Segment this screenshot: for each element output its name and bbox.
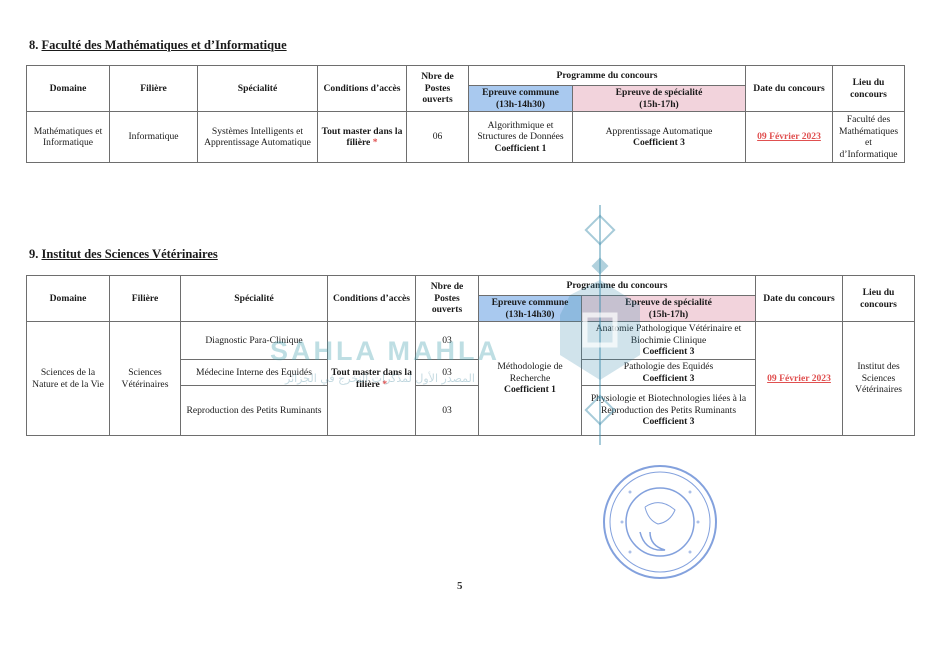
- epreuve-commune-subject: Algorithmique et Structures de Données: [471, 120, 570, 143]
- cell-lieu: Faculté des Mathématiques et d’Informati…: [833, 112, 905, 163]
- cell-epreuve-commune: Algorithmique et Structures de Données C…: [469, 112, 573, 163]
- section-number: 9.: [29, 247, 38, 261]
- header-conditions: Conditions d’accès: [328, 276, 416, 322]
- section-heading: Faculté des Mathématiques et d’Informati…: [42, 38, 287, 52]
- cell-date: 09 Février 2023: [756, 322, 843, 436]
- header-postes: Nbre de Postes ouverts: [407, 66, 469, 112]
- watermark-logo-icon: [540, 205, 660, 445]
- coefficient: Coefficient 3: [575, 137, 743, 149]
- conditions-text: Tout master dans la filière: [322, 126, 403, 149]
- section-heading: Institut des Sciences Vétérinaires: [42, 247, 218, 261]
- date-text: 09 Février 2023: [757, 131, 821, 142]
- table-faculte-maths-info: Domaine Filière Spécialité Conditions d’…: [26, 65, 905, 163]
- header-filiere: Filière: [110, 66, 198, 112]
- section-9-title: 9. Institut des Sciences Vétérinaires: [29, 247, 218, 262]
- cell-postes: 06: [407, 112, 469, 163]
- section-number: 8.: [29, 38, 38, 52]
- cell-postes: 03: [416, 386, 479, 436]
- cell-specialite: Systèmes Intelligents et Apprentissage A…: [198, 112, 318, 163]
- header-domaine: Domaine: [27, 276, 110, 322]
- coefficient: Coefficient 1: [471, 143, 570, 155]
- cell-domaine: Sciences de la Nature et de la Vie: [27, 322, 110, 436]
- epreuve-specialite-subject: Apprentissage Automatique: [575, 126, 743, 138]
- cell-filiere: Sciences Vétérinaires: [110, 322, 181, 436]
- cell-filiere: Informatique: [110, 112, 198, 163]
- cell-conditions: Tout master dans la filière *: [318, 112, 407, 163]
- cell-epreuve-specialite: Apprentissage Automatique Coefficient 3: [573, 112, 746, 163]
- header-programme: Programme du concours: [469, 66, 746, 86]
- cell-lieu: Institut des Sciences Vétérinaires: [843, 322, 915, 436]
- section-8-title: 8. Faculté des Mathématiques et d’Inform…: [29, 38, 287, 53]
- official-seal-icon: [600, 462, 720, 582]
- header-conditions: Conditions d’accès: [318, 66, 407, 112]
- header-specialite: Spécialité: [181, 276, 328, 322]
- header-filiere: Filière: [110, 276, 181, 322]
- cell-specialite: Reproduction des Petits Ruminants: [181, 386, 328, 436]
- header-date: Date du concours: [756, 276, 843, 322]
- epreuve-commune-time: (13h-14h30): [471, 99, 570, 111]
- header-epreuve-specialite: Epreuve de spécialité (15h-17h): [573, 86, 746, 112]
- header-lieu: Lieu du concours: [833, 66, 905, 112]
- cell-domaine: Mathématiques et Informatique: [27, 112, 110, 163]
- header-domaine: Domaine: [27, 66, 110, 112]
- date-text: 09 Février 2023: [767, 373, 831, 384]
- asterisk-icon: *: [373, 137, 378, 148]
- watermark-brand: SAHLA MAHLA: [270, 336, 500, 367]
- header-specialite: Spécialité: [198, 66, 318, 112]
- header-lieu: Lieu du concours: [843, 276, 915, 322]
- header-epreuve-commune: Epreuve commune (13h-14h30): [469, 86, 573, 112]
- cell-date: 09 Février 2023: [746, 112, 833, 163]
- header-date: Date du concours: [746, 66, 833, 112]
- epreuve-commune-label: Epreuve commune: [471, 87, 570, 99]
- epreuve-specialite-time: (15h-17h): [575, 99, 743, 111]
- table-row: Mathématiques et Informatique Informatiq…: [27, 112, 905, 163]
- epreuve-specialite-label: Epreuve de spécialité: [575, 87, 743, 99]
- header-postes: Nbre de Postes ouverts: [416, 276, 479, 322]
- watermark-tagline: المصدر الأول لمذكرات التخرج في الجزائر: [285, 372, 475, 385]
- page-number: 5: [457, 580, 463, 592]
